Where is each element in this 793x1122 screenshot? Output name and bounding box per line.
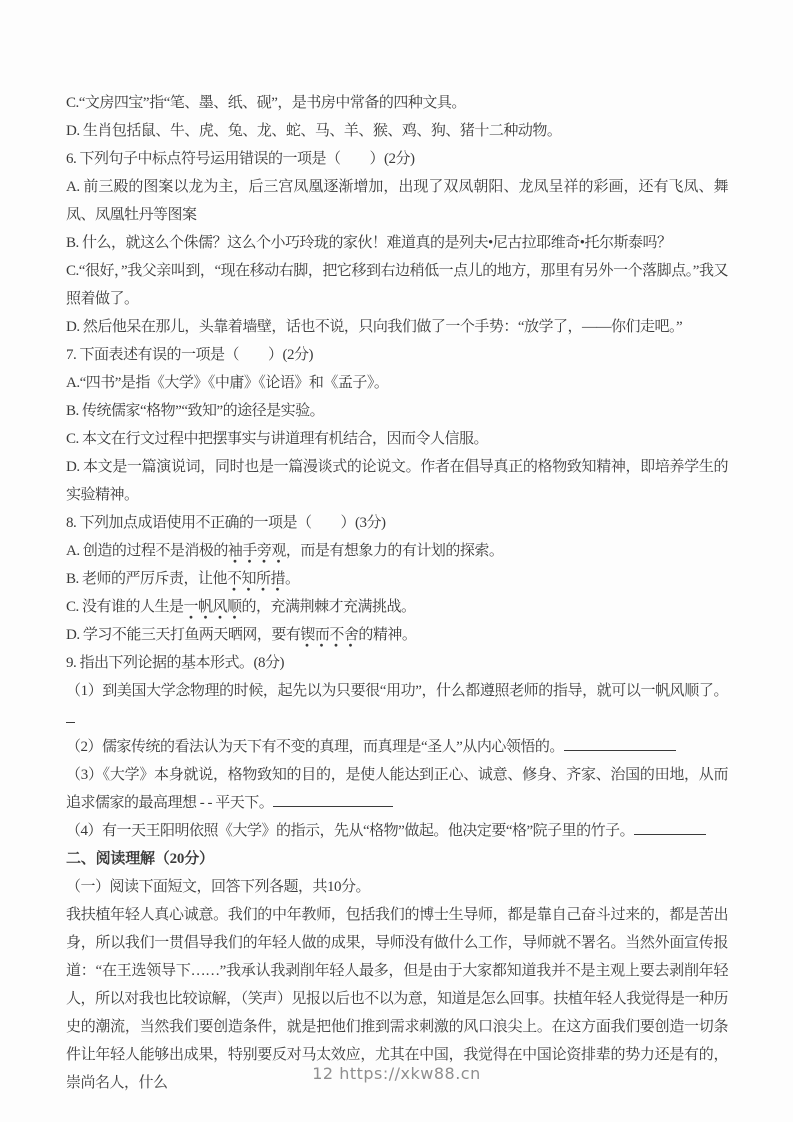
- text-run: （1）到美国大学念物理的时候，起先以为只要很“用功”，什么都遵照老师的指导，就可…: [66, 683, 728, 699]
- q8-option-b: B. 老师的严厉斥责，让他不知所措。: [66, 565, 728, 593]
- text-run: A. 创造的过程不是消极的: [66, 543, 228, 559]
- section-2-heading: 二、阅读理解（20分）: [66, 845, 728, 873]
- q7-option-a: A.“四书”是指《大学》《中庸》《论语》和《孟子》。: [66, 369, 728, 397]
- q8-stem: 8. 下列加点成语使用不正确的一项是（ ）(3分): [66, 509, 728, 537]
- q9-item-3: （3）《大学》本身就说，格物致知的目的，是使人能达到正心、诚意、修身、齐家、治国…: [66, 761, 728, 817]
- footer-url: https://xkw88.cn: [339, 1064, 481, 1083]
- answer-blank: [66, 708, 75, 723]
- text-run: C.“文房四宝”指“笔、墨、纸、砚”，是书房中常备的四种文具。: [66, 95, 466, 111]
- q6-option-d: D. 然后他呆在那儿，头靠着墙壁，话也不说，只向我们做了一个手势：“放学了，——…: [66, 313, 728, 341]
- text-run: D. 生肖包括鼠、牛、虎、兔、龙、蛇、马、羊、猴、鸡、狗、猪十二种动物。: [66, 123, 561, 139]
- text-run: （一）阅读下面短文，回答下列各题，共10分。: [66, 879, 370, 895]
- page-footer: 12 https://xkw88.cn: [0, 1064, 793, 1083]
- q6-option-b: B. 什么，就这么个侏儒？这么个小巧玲珑的家伙！难道真的是列夫•尼古拉耶维奇•托…: [66, 229, 728, 257]
- text-run: （2）儒家传统的看法认为天下有不变的真理，而真理是“圣人”从内心领悟的。: [66, 739, 564, 755]
- text-run: D. 本文是一篇演说词，同时也是一篇漫谈式的论说文。作者在倡导真正的格物致知精神…: [66, 459, 728, 503]
- text-run: 的精神。: [358, 627, 416, 643]
- answer-blank: [634, 820, 706, 835]
- text-run: （4）有一天王阳明依照《大学》的指示，先从“格物”做起。他决定要“格”院子里的竹…: [66, 823, 634, 839]
- text-run: A. 前三殿的图案以龙为主，后三宫凤凰逐渐增加，出现了双凤朝阳、龙凤呈祥的彩画，…: [66, 179, 728, 223]
- text-run: D. 学习不能三天打鱼两天晒网，要有: [66, 627, 300, 643]
- q6-stem: 6. 下列句子中标点符号运用错误的一项是（ ）(2分): [66, 145, 728, 173]
- answer-blank: [273, 792, 393, 807]
- document-page: C.“文房四宝”指“笔、墨、纸、砚”，是书房中常备的四种文具。D. 生肖包括鼠、…: [0, 0, 793, 1122]
- q7-option-c: C. 本文在行文过程中把摆事实与讲道理有机结合，因而令人信服。: [66, 425, 728, 453]
- emphasized-idiom: 一帆风顺: [184, 599, 242, 620]
- text-run: A.“四书”是指《大学》《中庸》《论语》和《孟子》。: [66, 375, 388, 391]
- q5-option-d: D. 生肖包括鼠、牛、虎、兔、龙、蛇、马、羊、猴、鸡、狗、猪十二种动物。: [66, 117, 728, 145]
- text-run: 6. 下列句子中标点符号运用错误的一项是（ ）(2分): [66, 151, 415, 167]
- text-run: D. 然后他呆在那儿，头靠着墙壁，话也不说，只向我们做了一个手势：“放学了，——…: [66, 319, 682, 335]
- q6-option-a: A. 前三殿的图案以龙为主，后三宫凤凰逐渐增加，出现了双凤朝阳、龙凤呈祥的彩画，…: [66, 173, 728, 229]
- text-run: B. 传统儒家“格物”“致知”的途径是实验。: [66, 403, 324, 419]
- text-run: C. 本文在行文过程中把摆事实与讲道理有机结合，因而令人信服。: [66, 431, 488, 447]
- q7-option-d: D. 本文是一篇演说词，同时也是一篇漫谈式的论说文。作者在倡导真正的格物致知精神…: [66, 453, 728, 509]
- text-run: 9. 指出下列论据的基本形式。(8分): [66, 655, 284, 671]
- text-run: C. 没有谁的人生是: [66, 599, 184, 615]
- text-run: ，而是有想象力的有计划的探索。: [286, 543, 504, 559]
- text-run: 的，充满荆棘才充满挑战。: [242, 599, 416, 615]
- q8-option-a: A. 创造的过程不是消极的袖手旁观，而是有想象力的有计划的探索。: [66, 537, 728, 565]
- emphasized-idiom: 袖手旁观: [228, 543, 286, 564]
- q7-option-b: B. 传统儒家“格物”“致知”的途径是实验。: [66, 397, 728, 425]
- document-body: C.“文房四宝”指“笔、墨、纸、砚”，是书房中常备的四种文具。D. 生肖包括鼠、…: [66, 89, 728, 1097]
- text-run: 二、阅读理解（20分）: [66, 851, 214, 867]
- q9-item-2: （2）儒家传统的看法认为天下有不变的真理，而真理是“圣人”从内心领悟的。: [66, 733, 728, 761]
- text-run: B. 什么，就这么个侏儒？这么个小巧玲珑的家伙！难道真的是列夫•尼古拉耶维奇•托…: [66, 235, 672, 251]
- emphasized-idiom: 锲而不舍: [300, 627, 358, 648]
- q9-item-4: （4）有一天王阳明依照《大学》的指示，先从“格物”做起。他决定要“格”院子里的竹…: [66, 817, 728, 845]
- text-run: （3）《大学》本身就说，格物致知的目的，是使人能达到正心、诚意、修身、齐家、治国…: [66, 767, 728, 811]
- text-run: 。: [285, 571, 300, 587]
- text-run: 8. 下列加点成语使用不正确的一项是（ ）(3分): [66, 515, 386, 531]
- emphasized-idiom: 不知所措: [227, 571, 285, 592]
- q8-option-d: D. 学习不能三天打鱼两天晒网，要有锲而不舍的精神。: [66, 621, 728, 649]
- q9-stem: 9. 指出下列论据的基本形式。(8分): [66, 649, 728, 677]
- answer-blank: [564, 736, 676, 751]
- q7-stem: 7. 下面表述有误的一项是（ ）(2分): [66, 341, 728, 369]
- q5-option-c: C.“文房四宝”指“笔、墨、纸、砚”，是书房中常备的四种文具。: [66, 89, 728, 117]
- q9-item-1: （1）到美国大学念物理的时候，起先以为只要很“用功”，什么都遵照老师的指导，就可…: [66, 677, 728, 733]
- q8-option-c: C. 没有谁的人生是一帆风顺的，充满荆棘才充满挑战。: [66, 593, 728, 621]
- footer-page-number: 12: [312, 1064, 333, 1083]
- section-2-part-1-intro: （一）阅读下面短文，回答下列各题，共10分。: [66, 873, 728, 901]
- text-run: B. 老师的严厉斥责，让他: [66, 571, 227, 587]
- q6-option-c: C.“很好，”我父亲叫到，“现在移动右脚，把它移到右边稍低一点儿的地方，那里有另…: [66, 257, 728, 313]
- text-run: C.“很好，”我父亲叫到，“现在移动右脚，把它移到右边稍低一点儿的地方，那里有另…: [66, 263, 728, 307]
- text-run: 7. 下面表述有误的一项是（ ）(2分): [66, 347, 313, 363]
